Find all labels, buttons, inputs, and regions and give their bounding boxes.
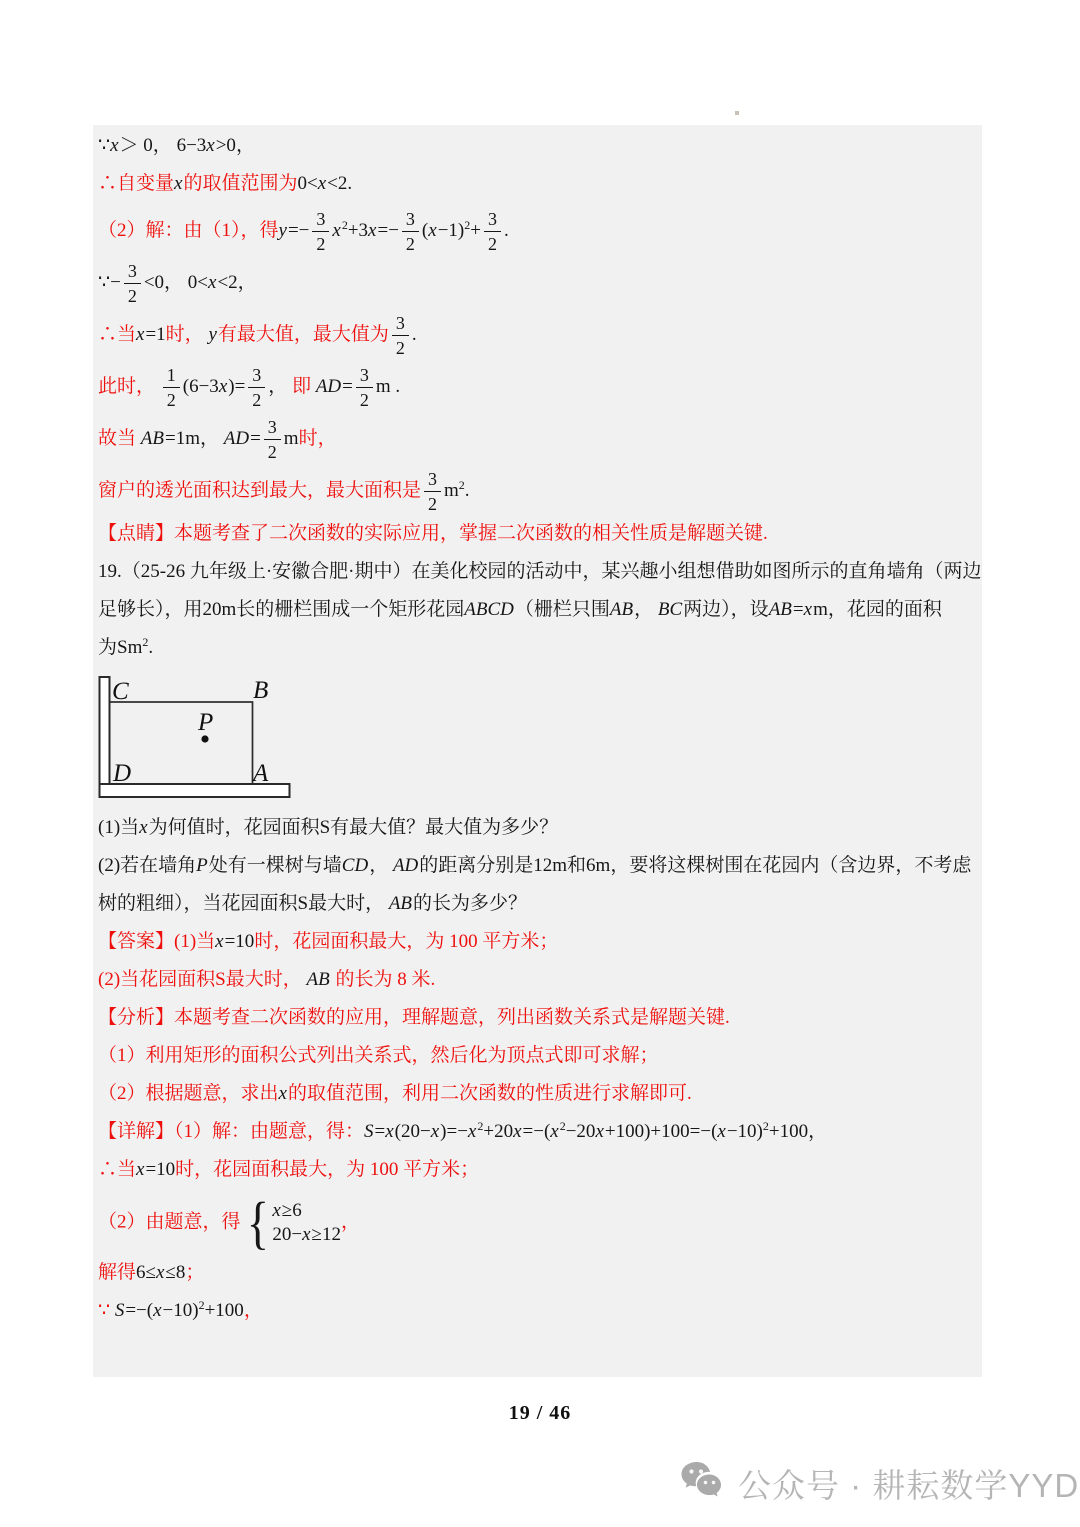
figure-garden-wall: C B D A P bbox=[98, 672, 974, 804]
page-number: 19 / 46 bbox=[0, 1402, 1080, 1425]
text-line: （2）由题意，得{x≥620−x≥12， bbox=[98, 1194, 974, 1252]
solution-text-block-bottom: (1)当x为何值时，花园面积S有最大值？最大值为多少？(2)若在墙角P处有一棵树… bbox=[98, 814, 974, 1325]
tree-point-dot bbox=[201, 735, 208, 742]
label-P: P bbox=[197, 709, 213, 736]
label-C: C bbox=[112, 678, 129, 705]
text-line: 故当 AB=1m， AD=32m时， bbox=[98, 416, 974, 463]
content-area: ∵x＞ 0， 6−3x>0，∴自变量x的取值范围为0<x<2.（2）解：由（1）… bbox=[93, 125, 982, 1377]
text-line: (1)当x为何值时，花园面积S有最大值？最大值为多少？ bbox=[98, 814, 974, 842]
speck-artifact bbox=[735, 111, 739, 115]
text-line: 19.（25-26 九年级上·安徽合肥·期中）在美化校园的活动中，某兴趣小组想借… bbox=[98, 558, 974, 586]
text-line: 【分析】本题考查二次函数的应用，理解题意，列出函数关系式是解题关键. bbox=[98, 1004, 974, 1032]
text-line: 此时， 12(6−3x)=32， 即 AD=32m . bbox=[98, 364, 974, 411]
wechat-account-text: 公众号 · 耕耘数学YYDS bbox=[738, 1460, 1080, 1507]
label-B: B bbox=[253, 677, 268, 704]
text-line: 【详解】（1）解：由题意，得：S=x(20−x)=−x2+20x=−(x2−20… bbox=[98, 1118, 974, 1146]
wechat-banner: 公众号 · 耕耘数学YYDS bbox=[680, 1460, 1080, 1507]
text-line: ∴当x=10时，花园面积最大，为 100 平方米； bbox=[98, 1156, 974, 1184]
text-line: 【点睛】本题考查了二次函数的实际应用，掌握二次函数的相关性质是解题关键. bbox=[98, 520, 974, 548]
text-line: （2）解：由（1），得y=−32x2+3x=−32(x−1)2+32. bbox=[98, 208, 974, 255]
text-line: (2)当花园面积S最大时， AB 的长为 8 米. bbox=[98, 966, 974, 994]
garden-wall-svg: C B D A P bbox=[98, 672, 398, 804]
wall-vertical-bar bbox=[100, 677, 110, 797]
label-A: A bbox=[251, 760, 269, 787]
text-line: ∵−32<0， 0<x<2， bbox=[98, 260, 974, 307]
text-line: 【答案】(1)当x=10时，花园面积最大，为 100 平方米； bbox=[98, 928, 974, 956]
text-line: ∴自变量x的取值范围为0<x<2. bbox=[98, 170, 974, 198]
text-line: 窗户的透光面积达到最大，最大面积是32m2. bbox=[98, 468, 974, 515]
document-page: ∵x＞ 0， 6−3x>0，∴自变量x的取值范围为0<x<2.（2）解：由（1）… bbox=[0, 0, 1080, 1527]
text-line: (2)若在墙角P处有一棵树与墙CD， AD的距离分别是12m和6m，要将这棵树围… bbox=[98, 852, 974, 880]
text-line: 为Sm2. bbox=[98, 634, 974, 662]
solution-text-block-top: ∵x＞ 0， 6−3x>0，∴自变量x的取值范围为0<x<2.（2）解：由（1）… bbox=[98, 132, 974, 662]
text-line: 树的粗细），当花园面积S最大时， AB的长为多少？ bbox=[98, 890, 974, 918]
label-D: D bbox=[112, 760, 131, 787]
text-line: ∵x＞ 0， 6−3x>0， bbox=[98, 132, 974, 160]
text-line: （1）利用矩形的面积公式列出关系式，然后化为顶点式即可求解； bbox=[98, 1042, 974, 1070]
text-line: 解得6≤x≤8； bbox=[98, 1259, 974, 1287]
text-line: 足够长），用20m长的栅栏围成一个矩形花园ABCD（栅栏只围AB， BC两边），… bbox=[98, 596, 974, 624]
text-line: ∴当x=1时， y有最大值，最大值为32. bbox=[98, 312, 974, 359]
wechat-icon bbox=[680, 1460, 724, 1507]
text-line: ∵ S=−(x−10)2+100， bbox=[98, 1297, 974, 1325]
text-line: （2）根据题意，求出x的取值范围，利用二次函数的性质进行求解即可. bbox=[98, 1080, 974, 1108]
